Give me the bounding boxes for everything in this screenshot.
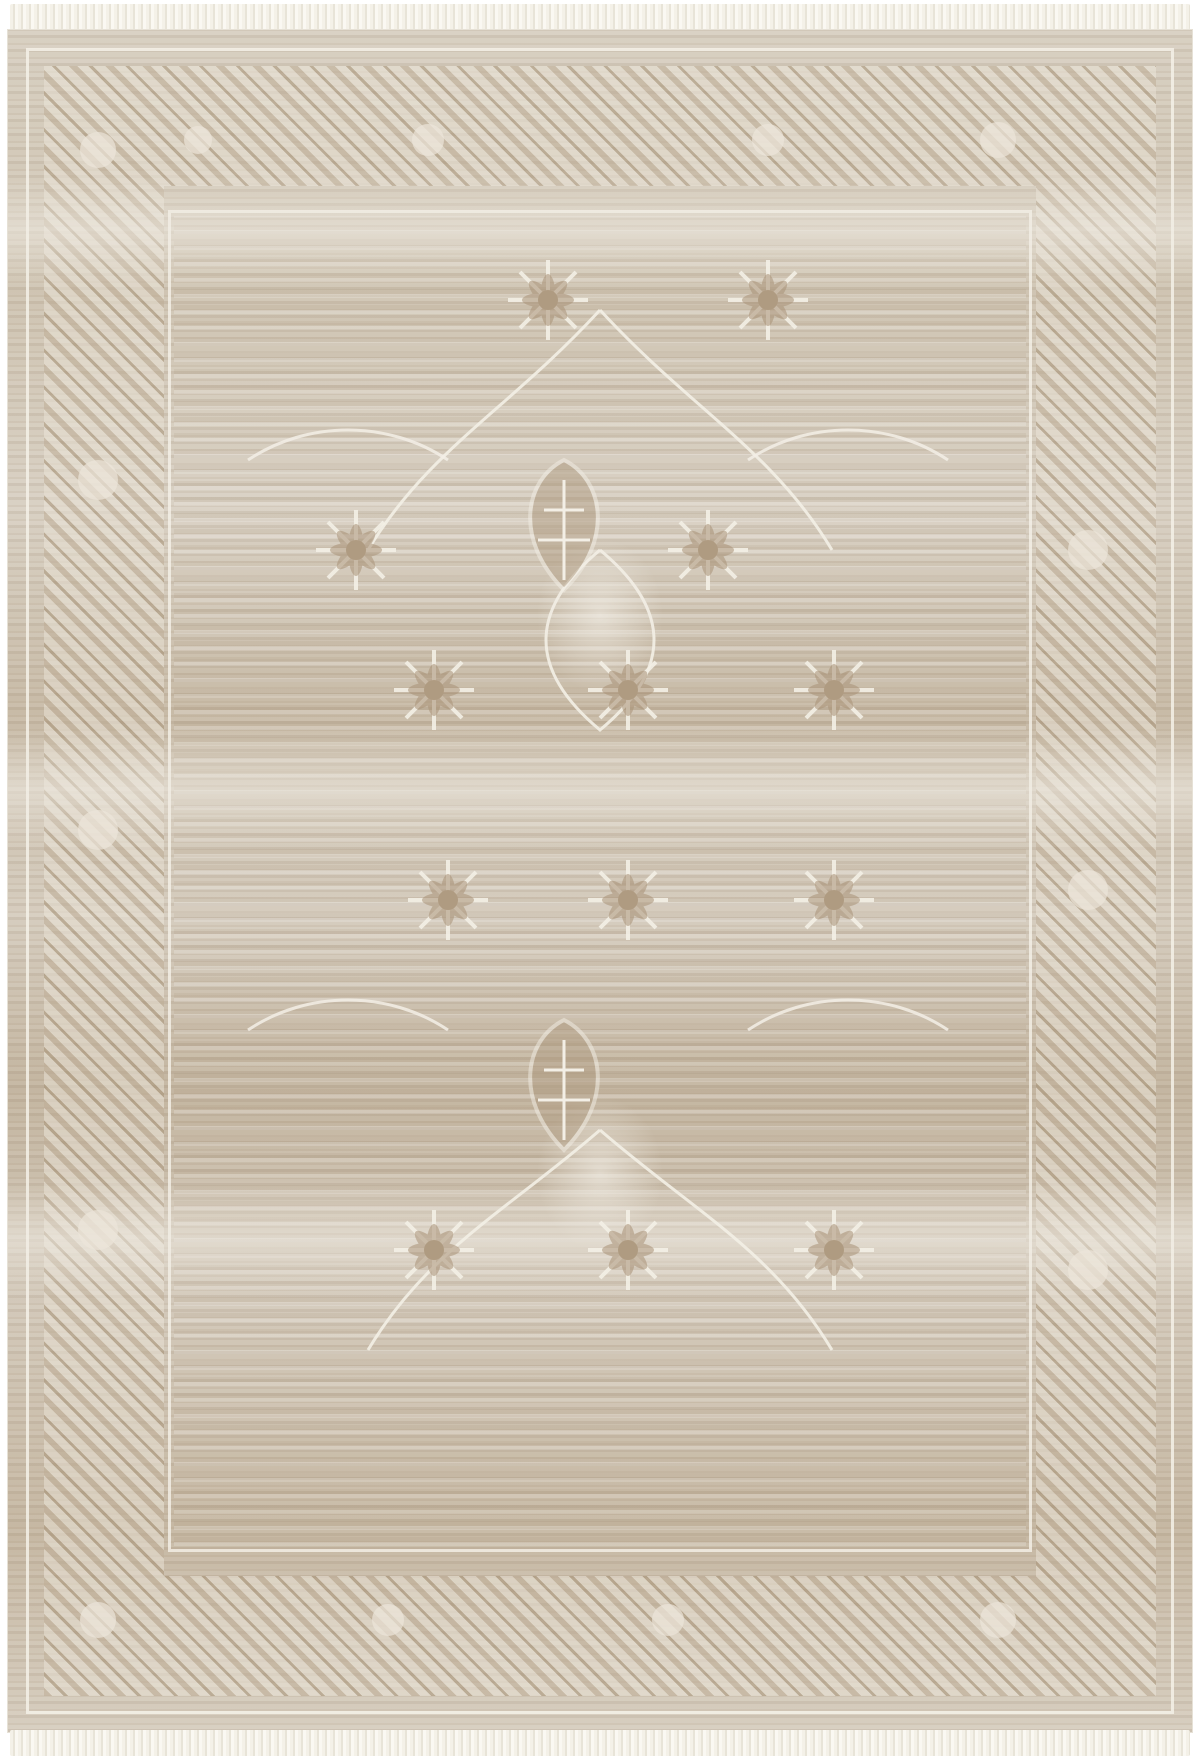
top-fringe: [10, 4, 1190, 30]
floral-motifs: [8, 30, 1192, 1732]
bottom-fringe: [10, 1730, 1190, 1756]
rug: [8, 30, 1192, 1732]
